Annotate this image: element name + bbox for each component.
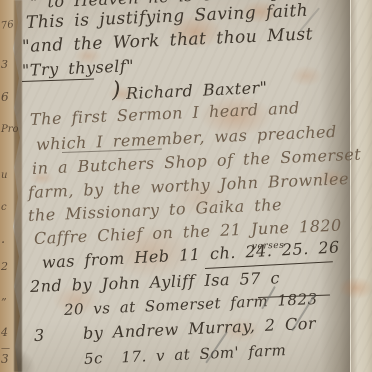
- margin-fragment: 3: [1, 352, 9, 366]
- margin-fragment: c: [1, 202, 7, 213]
- fore-edge-next-page: [350, 0, 372, 372]
- binding-crease: [14, 0, 22, 372]
- manuscript-photo: 76 3 6 Pro u c . 2 ” 4 3 — " to Heaven h…: [0, 0, 372, 372]
- attribution-flourish: ): [111, 78, 121, 103]
- margin-fragment: 6: [1, 90, 9, 104]
- margin-fragment: 4: [1, 326, 8, 339]
- margin-fragment: 3: [1, 58, 8, 71]
- margin-fragment: Pro: [1, 124, 19, 135]
- margin-fragment: u: [1, 170, 7, 181]
- margin-fragment: ”: [1, 296, 7, 309]
- margin-fragment: .: [1, 232, 5, 247]
- superscript-verses: verses: [252, 241, 285, 252]
- margin-fragment: 2: [1, 260, 8, 273]
- margin-fragment: —: [1, 344, 10, 354]
- margin-fragment: 76: [0, 19, 14, 32]
